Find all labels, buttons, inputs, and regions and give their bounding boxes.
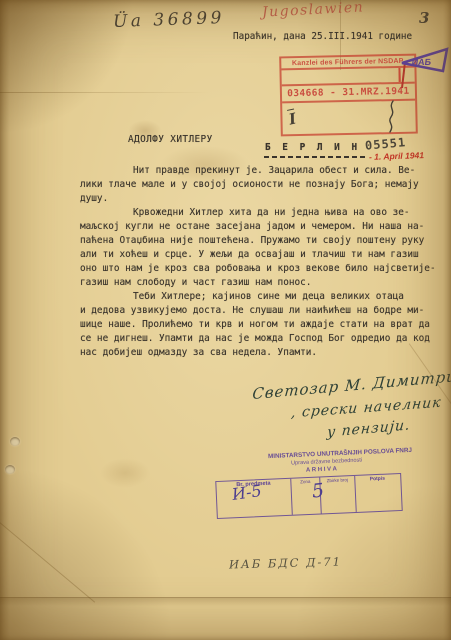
stain bbox=[100, 458, 150, 488]
ministry-table-entry2-handwriting: 5 bbox=[311, 479, 325, 502]
signature-title2-handwriting: у пензији. bbox=[326, 417, 411, 440]
signature-title-handwriting: , срески начелник bbox=[290, 395, 442, 422]
recipient-city: Б Е Р Л И Н bbox=[265, 142, 360, 153]
letter-line: шице наше. Пролићемо ти крв и ногом ти а… bbox=[80, 318, 432, 332]
crease-line bbox=[0, 518, 95, 602]
pencil-squiggle bbox=[383, 100, 401, 134]
letter-line: паћена Отаџбина није поштећена. Пружамо … bbox=[80, 234, 432, 248]
page-number: 3 bbox=[419, 9, 429, 27]
letter-line: Теби Хитлере; кајинов сине ми деца велик… bbox=[80, 290, 432, 304]
letter-line: се не дигнеш. Упамти да нас је можда Гос… bbox=[80, 332, 432, 346]
received-stamp-date: - 1. April 1941 bbox=[369, 150, 424, 162]
svg-text:ИАБ: ИАБ bbox=[411, 57, 432, 67]
crease-line bbox=[0, 92, 210, 93]
ministry-table-col-potpis: Potpis bbox=[355, 474, 401, 512]
letter-body: Нит правде прекинут је. Зацарила обест и… bbox=[80, 164, 432, 360]
letter-line: газиш нам слободу и част газиш нам понос… bbox=[80, 276, 432, 290]
fold-shadow bbox=[0, 598, 451, 606]
fold-line bbox=[0, 597, 451, 598]
letter-line: лики тлаче мале и у својој осионости не … bbox=[80, 178, 432, 192]
letter-line: и дедова узвикујемо доста. Не слушаш ли … bbox=[80, 304, 432, 318]
letter-line: душу. bbox=[80, 192, 432, 206]
iab-triangle-stamp: ИАБ bbox=[400, 46, 450, 92]
berlin-underline bbox=[264, 156, 368, 158]
letter-line: Нит правде прекинут је. Зацарила обест и… bbox=[80, 164, 432, 178]
letter-line: нас добијеш одмазду за сва недела. Упамт… bbox=[80, 346, 432, 360]
recipient-name: АДОЛФУ ХИТЛЕРУ bbox=[128, 134, 213, 145]
letter-line: оно што нам је кроз сва робовања и кроз … bbox=[80, 262, 432, 276]
ministry-table-col-zbirke: Zbirke broj bbox=[320, 476, 357, 513]
ministry-stamp-arhiva: A R H I V A bbox=[306, 466, 337, 473]
punch-hole bbox=[10, 437, 20, 446]
bottom-archive-note-handwriting: ИАБ БДС Д-71 bbox=[229, 555, 342, 572]
letter-page: Üa 36899 Jugoslawien 3 Параћин, дана 25.… bbox=[0, 0, 451, 640]
dateline: Параћин, дана 25.III.1941 године bbox=[233, 31, 412, 42]
letter-line: маљској кугли не остане засејана јадом и… bbox=[80, 220, 432, 234]
nsdap-stamp-grid bbox=[281, 68, 414, 87]
letter-line: Крвожедни Хитлер хита да ни једна њива н… bbox=[80, 206, 432, 220]
ministry-stamp-subtitle: Uprava državne bezbednosti bbox=[291, 457, 362, 466]
ministry-table-entry1-handwriting: И-5 bbox=[231, 481, 263, 504]
archive-number-handwriting: Üa 36899 bbox=[113, 8, 226, 32]
country-annotation-handwriting: Jugoslawien bbox=[262, 0, 365, 21]
punch-hole bbox=[5, 465, 15, 474]
letter-line: али ти хоћеш и срце. У жељи да освајаш и… bbox=[80, 248, 432, 262]
